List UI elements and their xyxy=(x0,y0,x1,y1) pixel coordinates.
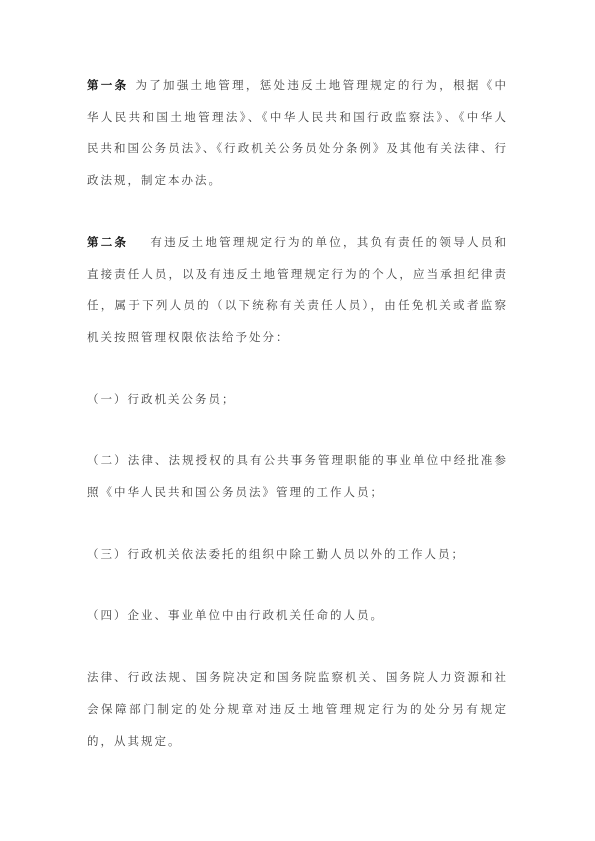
closing-text: 法律、行政法规、国务院决定和国务院监察机关、国务院人力资源和社会保障部门制定的处… xyxy=(87,672,508,747)
list-item-2-text: （二）法律、法规授权的具有公共事务管理职能的事业单位中经批准参照《中华人民共和国… xyxy=(87,455,508,499)
list-item-2: （二）法律、法规授权的具有公共事务管理职能的事业单位中经批准参照《中华人民共和国… xyxy=(87,446,508,509)
document-body: 第一条为了加强土地管理，惩处违反土地管理规定的行为，根据《中华人民共和国土地管理… xyxy=(87,71,508,758)
list-item-1: （一）行政机关公务员； xyxy=(87,385,508,417)
document-page: 第一条为了加强土地管理，惩处违反土地管理规定的行为，根据《中华人民共和国土地管理… xyxy=(0,0,595,841)
paragraph-closing: 法律、行政法规、国务院决定和国务院监察机关、国务院人力资源和社会保障部门制定的处… xyxy=(87,663,508,758)
list-item-4-text: （四）企业、事业单位中由行政机关任命的人员。 xyxy=(87,610,384,622)
article-1-text: 为了加强土地管理，惩处违反土地管理规定的行为，根据《中华人民共和国土地管理法》、… xyxy=(87,80,508,187)
list-item-4: （四）企业、事业单位中由行政机关任命的人员。 xyxy=(87,601,508,633)
paragraph-article-1: 第一条为了加强土地管理，惩处违反土地管理规定的行为，根据《中华人民共和国土地管理… xyxy=(87,71,508,198)
list-item-1-text: （一）行政机关公务员； xyxy=(87,394,236,406)
article-1-number: 第一条 xyxy=(87,80,128,92)
article-2-text: 有违反土地管理规定行为的单位，其负有责任的领导人员和直接责任人员，以及有违反土地… xyxy=(87,237,508,344)
list-item-3-text: （三）行政机关依法委托的组织中除工勤人员以外的工作人员； xyxy=(87,549,465,561)
article-2-number: 第二条 xyxy=(87,237,128,249)
paragraph-article-2: 第二条有违反土地管理规定行为的单位，其负有责任的领导人员和直接责任人员，以及有违… xyxy=(87,228,508,355)
list-item-3: （三）行政机关依法委托的组织中除工勤人员以外的工作人员； xyxy=(87,540,508,572)
